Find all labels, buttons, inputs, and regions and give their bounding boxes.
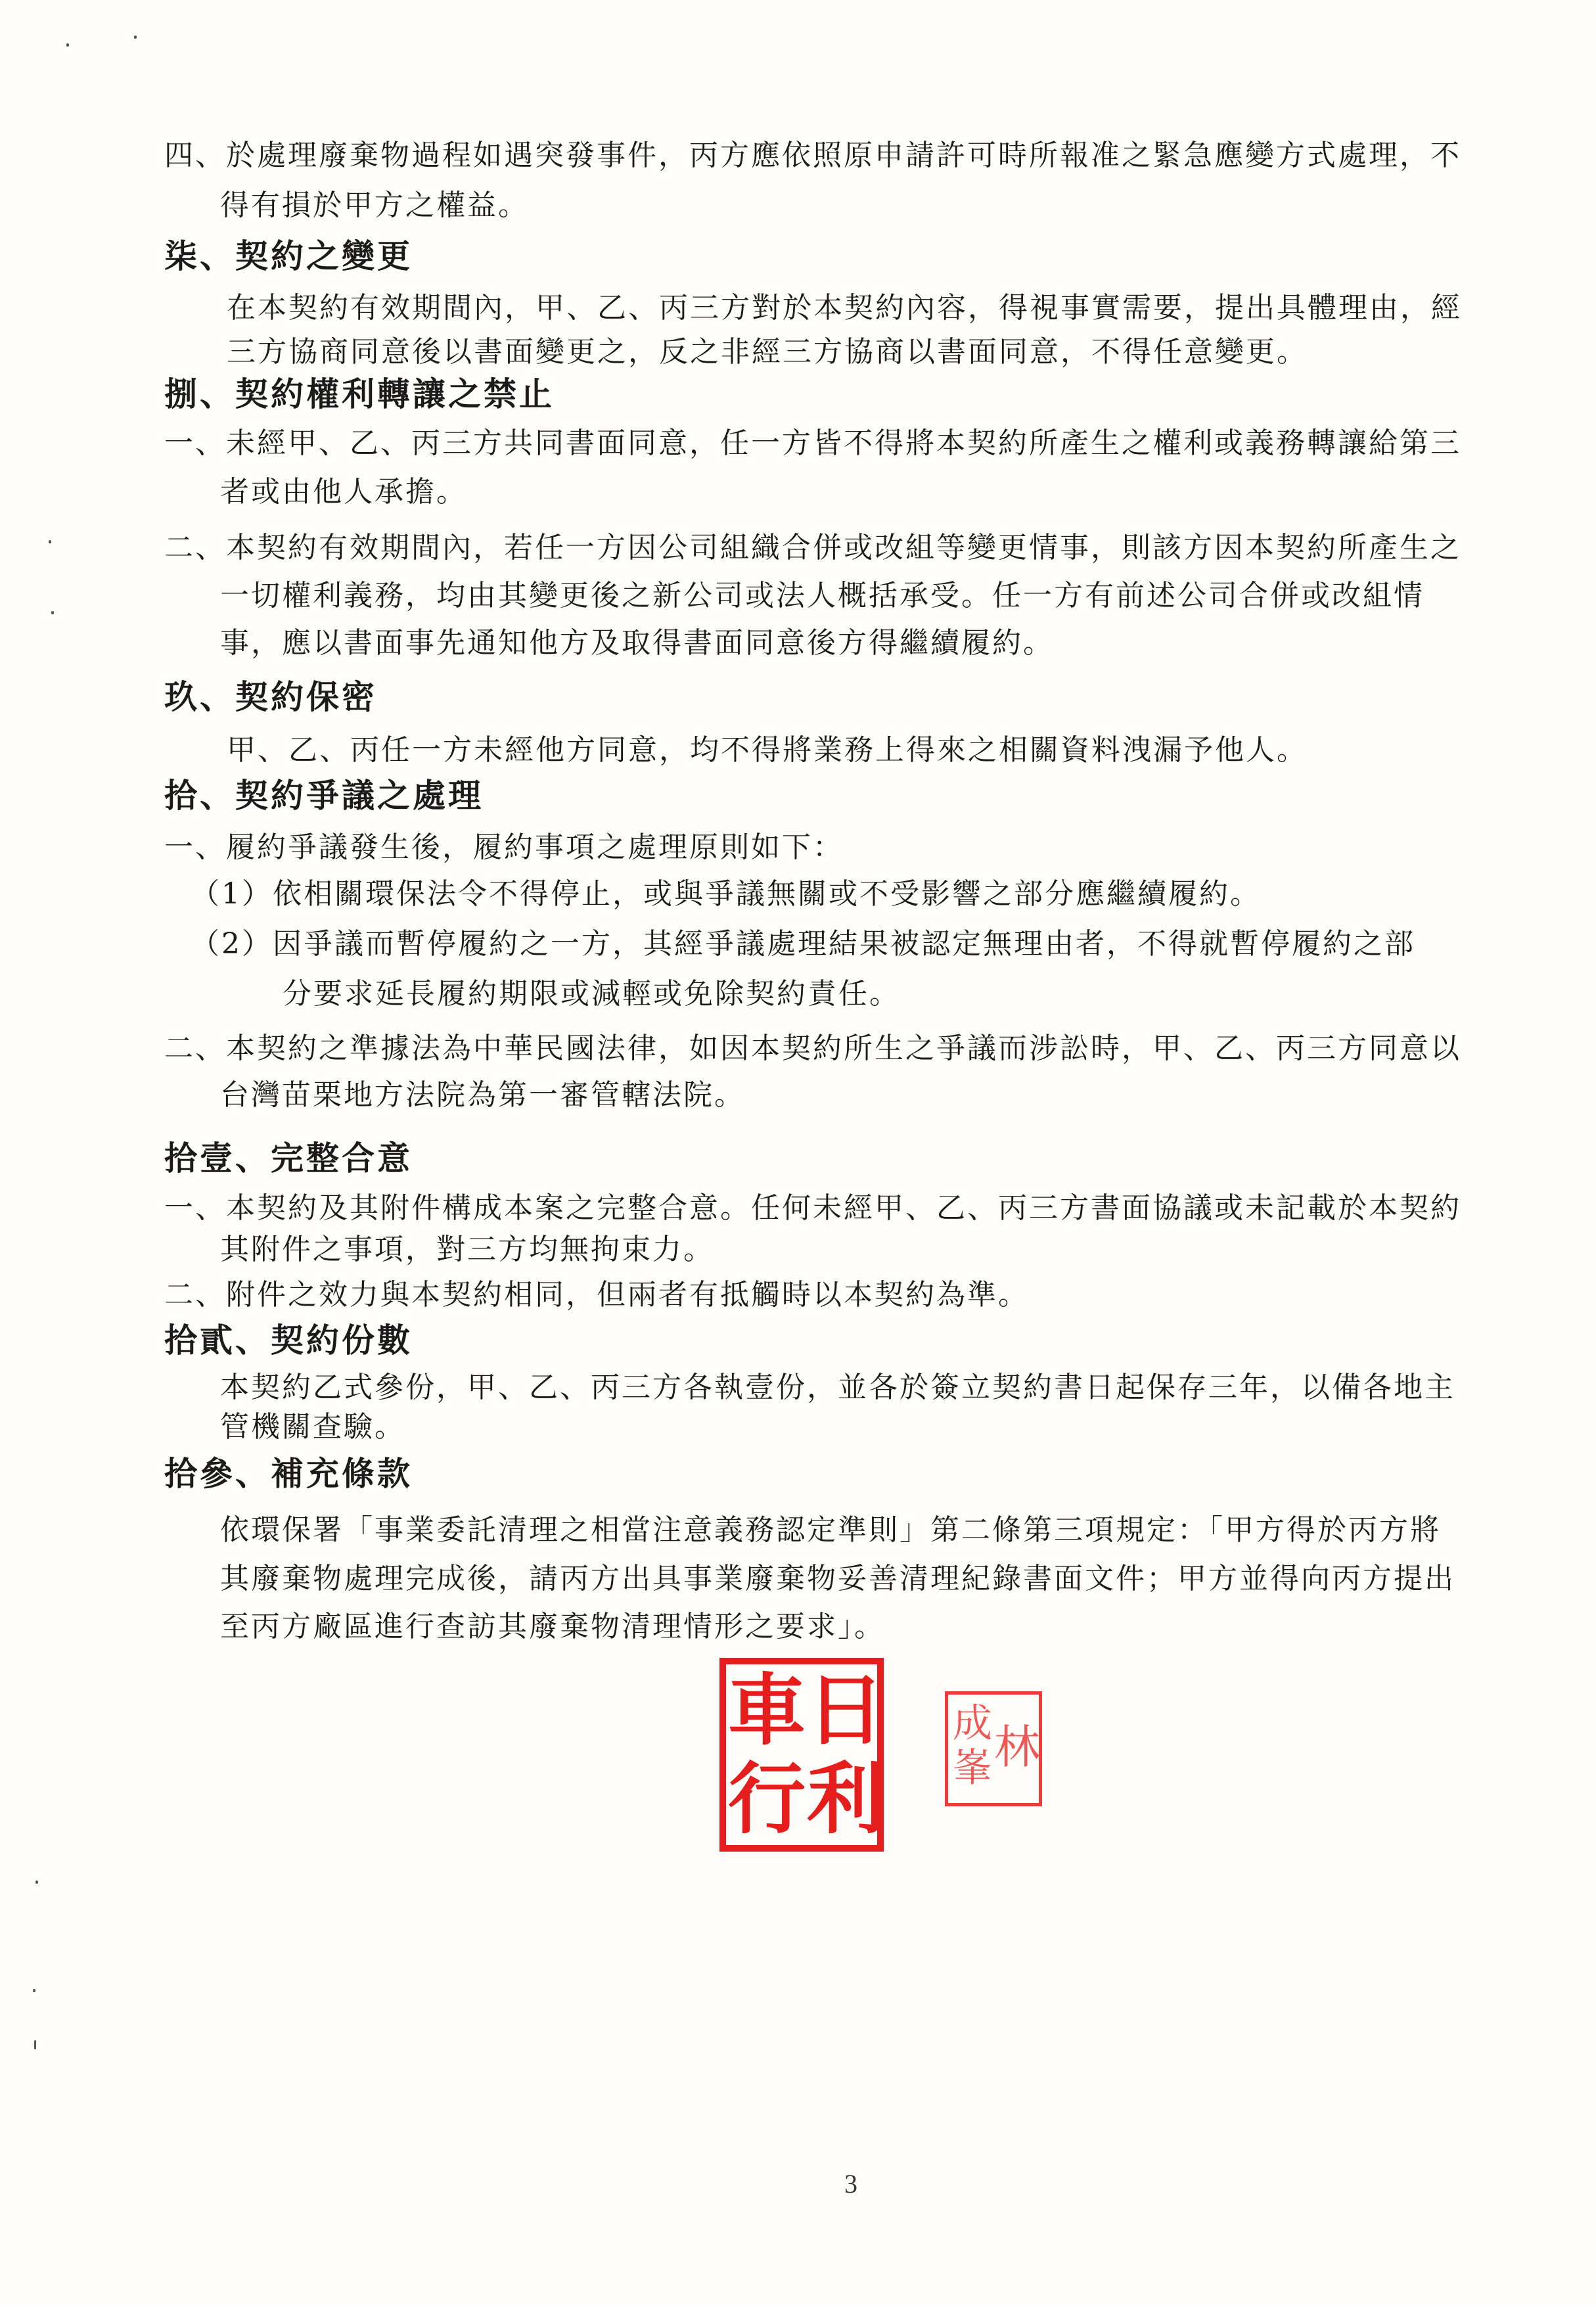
scan-speck (51, 611, 54, 614)
scan-speck (66, 43, 69, 47)
seal-char: 行 (727, 1760, 806, 1838)
scan-speck (34, 2040, 36, 2049)
body-text-line: （1）依相關環保法令不得停止，或與爭議無關或不受影響之部分應繼續履約。 (191, 875, 1261, 914)
body-text-line: 管機關查驗。 (220, 1407, 405, 1447)
seal-char: 峯 (951, 1747, 993, 1789)
section-heading: 捌、契約權利轉讓之禁止 (164, 375, 555, 414)
body-text-line: 台灣苗栗地方法院為第一審管轄法院。 (220, 1076, 745, 1115)
scan-speck (134, 35, 137, 39)
body-text-line: 一、本契約及其附件構成本案之完整合意。任何未經甲、乙、丙三方書面協議或未記載於本… (164, 1189, 1461, 1228)
body-text-line: 事，應以書面事先通知他方及取得書面同意後方得繼續履約。 (220, 624, 1054, 663)
scan-speck (33, 1989, 35, 1992)
body-text-line: 分要求延長履約期限或減輕或免除契約責任。 (283, 974, 900, 1014)
section-heading: 拾貳、契約份數 (164, 1321, 413, 1360)
section-heading: 玖、契約保密 (164, 677, 377, 717)
section-heading: 拾、契約爭議之處理 (164, 776, 484, 815)
body-text-line: 得有損於甲方之權益。 (220, 186, 529, 225)
page-number: 3 (844, 2168, 857, 2199)
body-text-line: 三方協商同意後以書面變更之，反之非經三方協商以書面同意，不得任意變更。 (227, 332, 1308, 372)
personal-seal-stamp: 林 成 峯 (945, 1691, 1042, 1806)
body-text-line: （2）因爭議而暫停履約之一方，其經爭議處理結果被認定無理由者，不得就暫停履約之部 (191, 924, 1415, 964)
body-text-line: 二、附件之效力與本契約相同，但兩者有抵觸時以本契約為準。 (164, 1275, 1029, 1315)
body-text-line: 四、於處理廢棄物過程如遇突發事件，丙方應依照原申請許可時所報准之緊急應變方式處理… (164, 136, 1461, 175)
body-text-line: 一切權利義務，均由其變更後之新公司或法人概括承受。任一方有前述公司合併或改組情 (220, 576, 1425, 616)
company-seal-stamp: 日 利 車 行 (719, 1658, 884, 1852)
body-text-line: 一、未經甲、乙、丙三方共同書面同意，任一方皆不得將本契約所產生之權利或義務轉讓給… (164, 424, 1461, 463)
scan-speck (49, 540, 51, 543)
body-text-line: 其附件之事項，對三方均無拘束力。 (220, 1230, 714, 1269)
seal-char: 車 (727, 1671, 806, 1750)
body-text-line: 甲、乙、丙任一方未經他方同意，均不得將業務上得來之相關資料洩漏予他人。 (227, 731, 1308, 770)
section-heading: 拾壹、完整合意 (164, 1139, 413, 1178)
body-text-line: 者或由他人承擔。 (220, 472, 467, 512)
seal-char: 日 (806, 1671, 885, 1750)
seal-char: 利 (806, 1760, 885, 1838)
body-text-line: 二、本契約有效期間內，若任一方因公司組織合併或改組等變更情事，則該方因本契約所產… (164, 528, 1461, 568)
body-text-line: 至丙方廠區進行查訪其廢棄物清理情形之要求」。 (220, 1607, 885, 1647)
body-text-line: 一、履約爭議發生後，履約事項之處理原則如下： (164, 828, 844, 867)
body-text-line: 本契約乙式參份，甲、乙、丙三方各執壹份，並各於簽立契約書日起保存三年，以備各地主 (220, 1368, 1455, 1407)
section-heading: 拾參、補充條款 (164, 1454, 413, 1494)
scan-speck (35, 1881, 38, 1884)
section-heading: 柒、契約之變更 (164, 237, 413, 276)
body-text-line: 在本契約有效期間內，甲、乙、丙三方對於本契約內容，得視事實需要，提出具體理由，經 (227, 288, 1462, 328)
body-text-line: 依環保署「事業委託清理之相當注意義務認定準則」第二條第三項規定：「甲方得於丙方將 (220, 1511, 1441, 1550)
body-text-line: 其廢棄物處理完成後，請丙方出具事業廢棄物妥善清理紀錄書面文件；甲方並得向丙方提出 (220, 1559, 1455, 1599)
seal-char: 成 (951, 1702, 993, 1745)
seal-char: 林 (994, 1714, 1036, 1780)
body-text-line: 二、本契約之準據法為中華民國法律，如因本契約所生之爭議而涉訟時，甲、乙、丙三方同… (164, 1029, 1461, 1068)
